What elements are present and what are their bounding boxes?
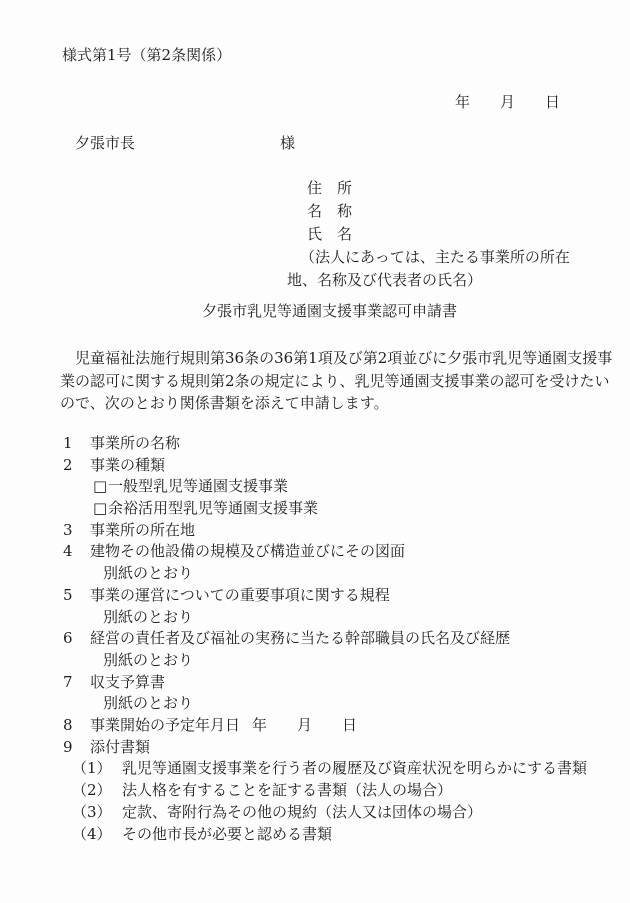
sub-item-number: （2） <box>72 779 112 801</box>
application-form-page: 様式第1号（第2条関係） 年 月 日 夕張市長 様 住 所 名 称 氏 名 （法… <box>0 0 630 903</box>
applicant-address-label: 住 所 <box>307 177 352 199</box>
attachment-note-row: 別紙のとおり <box>0 692 630 714</box>
checkbox-option-row: □ 一般型乳児等通園支援事業 <box>0 475 630 497</box>
item-label: 収支予算書 <box>90 671 165 693</box>
attachment-note: 別紙のとおり <box>103 692 193 714</box>
checkbox-icon: □ <box>93 497 107 519</box>
sub-item-label: 乳児等通園支援事業を行う者の履歴及び資産状況を明らかにする書類 <box>122 757 587 779</box>
document-title: 夕張市乳児等通園支援事業認可申請書 <box>202 300 457 322</box>
sub-item-number: （4） <box>72 823 112 845</box>
sub-item-number: （3） <box>72 801 112 823</box>
applicant-note-line1: （法人にあっては、主たる事業所の所在 <box>300 246 570 268</box>
item-label: 事業の運営についての重要事項に関する規程 <box>90 584 390 606</box>
list-item: 1 事業所の名称 <box>0 432 630 454</box>
list-item: 8 事業開始の予定年月日 年 月 日 <box>0 714 630 736</box>
item-number: 6 <box>63 627 73 649</box>
sub-item-label: 法人格を有することを証する書類（法人の場合） <box>122 779 452 801</box>
addressee-line: 夕張市長 様 <box>0 132 630 154</box>
item-number: 9 <box>63 736 73 758</box>
checkbox-label: 余裕活用型乳児等通園支援事業 <box>108 497 318 519</box>
attachment-note-row: 別紙のとおり <box>0 562 630 584</box>
item-number: 3 <box>63 519 73 541</box>
sub-item-number: （1） <box>72 757 112 779</box>
item-number: 2 <box>63 454 73 476</box>
item-number: 1 <box>63 432 73 454</box>
item-label: 事業開始の予定年月日 <box>90 714 240 736</box>
addressee-honorific: 様 <box>280 132 295 154</box>
item-label: 建物その他設備の規模及び構造並びにその図面 <box>90 540 405 562</box>
list-item: 5 事業の運営についての重要事項に関する規程 <box>0 584 630 606</box>
list-item: 7 収支予算書 <box>0 671 630 693</box>
checkbox-option-row: □ 余裕活用型乳児等通園支援事業 <box>0 497 630 519</box>
attachment-note: 別紙のとおり <box>103 606 193 628</box>
sub-item-label: その他市長が必要と認める書類 <box>122 823 332 845</box>
planned-start-date-field: 年 月 日 <box>252 714 357 736</box>
applicant-name-label: 名 称 <box>307 200 352 222</box>
item-label: 経営の責任者及び福祉の実務に当たる幹部職員の氏名及び経歴 <box>90 627 510 649</box>
applicant-representative-label: 氏 名 <box>307 223 352 245</box>
item-number: 4 <box>63 540 73 562</box>
addressee-name: 夕張市長 <box>75 132 135 154</box>
sub-list-item: （2） 法人格を有することを証する書類（法人の場合） <box>0 779 630 801</box>
sub-list-item: （1） 乳児等通園支援事業を行う者の履歴及び資産状況を明らかにする書類 <box>0 757 630 779</box>
applicant-note-line2: 地、名称及び代表者の氏名） <box>287 269 482 291</box>
list-item: 3 事業所の所在地 <box>0 519 630 541</box>
attachment-note-row: 別紙のとおり <box>0 649 630 671</box>
item-number: 8 <box>63 714 73 736</box>
item-label: 添付書類 <box>90 736 150 758</box>
item-label: 事業の種類 <box>90 454 165 476</box>
form-number: 様式第1号（第2条関係） <box>62 44 231 66</box>
list-item: 9 添付書類 <box>0 736 630 758</box>
sub-list-item: （4） その他市長が必要と認める書類 <box>0 823 630 845</box>
sub-item-label: 定款、寄附行為その他の規約（法人又は団体の場合） <box>122 801 482 823</box>
body-paragraph: 児童福祉法施行規則第36条の36第1項及び第2項並びに夕張市乳児等通園支援事 業… <box>60 347 620 415</box>
checkbox-icon: □ <box>93 475 107 497</box>
sub-list-item: （3） 定款、寄附行為その他の規約（法人又は団体の場合） <box>0 801 630 823</box>
attachment-note: 別紙のとおり <box>103 649 193 671</box>
item-number: 7 <box>63 671 73 693</box>
item-label: 事業所の所在地 <box>90 519 195 541</box>
list-item: 2 事業の種類 <box>0 454 630 476</box>
attachment-note-row: 別紙のとおり <box>0 606 630 628</box>
item-number: 5 <box>63 584 73 606</box>
list-item: 4 建物その他設備の規模及び構造並びにその図面 <box>0 540 630 562</box>
attachment-note: 別紙のとおり <box>103 562 193 584</box>
checkbox-label: 一般型乳児等通園支援事業 <box>108 475 288 497</box>
list-item: 6 経営の責任者及び福祉の実務に当たる幹部職員の氏名及び経歴 <box>0 627 630 649</box>
date-line: 年 月 日 <box>455 91 560 113</box>
item-label: 事業所の名称 <box>90 432 180 454</box>
